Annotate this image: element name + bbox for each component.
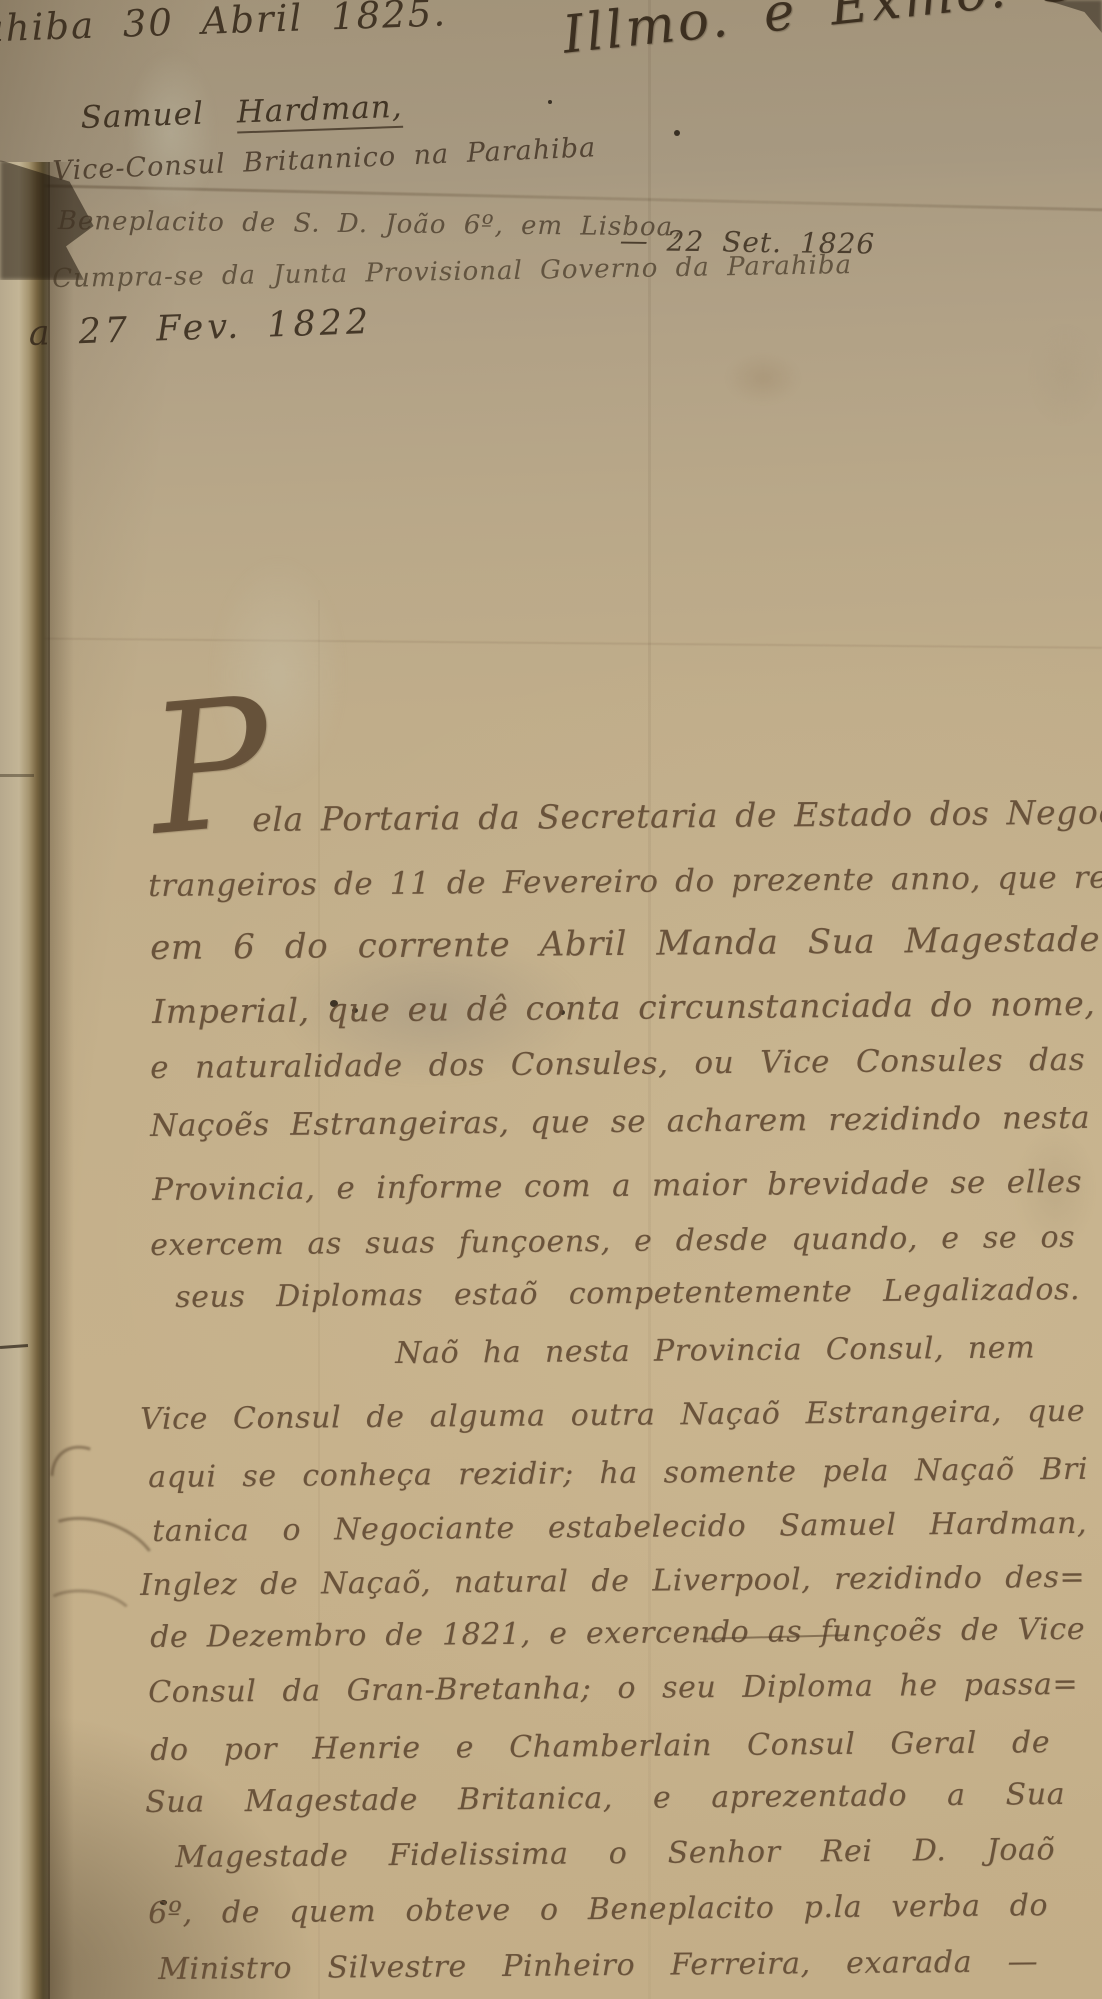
body-line-text: Magestade Fidelissima o Senhor Rei D. Jo… <box>175 1832 1055 1875</box>
body-line-text: em 6 do corrente Abril Manda Sua Magesta… <box>150 920 1100 968</box>
body-line-text: Naõ ha nesta Provincia Consul, nem <box>395 1330 1035 1371</box>
annotation-recipient-title: Vice-Consul Britannico na Parahiba <box>52 132 597 187</box>
adjacent-page-edge <box>0 162 50 1999</box>
manuscript-page: Parahiba 30 Abril 1825. Samuel Hardman, … <box>0 0 1102 1999</box>
gutter-shadow <box>48 162 74 1999</box>
body-line: Sua Magestade Britanica, e aprezentado a… <box>145 1777 1065 1820</box>
ink-speck <box>674 130 680 136</box>
recipient-first-name: Samuel <box>80 96 205 136</box>
body-line: Inglez de Naçaõ, natural de Liverpool, r… <box>140 1560 1085 1603</box>
body-line-text: Imperial, que eu dê conta circunstanciad… <box>152 984 1082 1031</box>
annotation-beneplacito: Beneplacito de S. D. João 6º, em Lisboa, <box>58 206 683 243</box>
body-line: e naturalidade dos Consules, ou Vice Con… <box>150 1042 1085 1086</box>
annotation-cumprase-date: a 27 Fev. 1822 <box>28 302 373 354</box>
body-line: ela Portaria da Secretaria de Estado dos… <box>252 793 1090 839</box>
body-line-text: Inglez de Naçaõ, natural de Liverpool, r… <box>140 1560 1085 1603</box>
horizontal-fold-crease-faint <box>0 637 1102 649</box>
body-line-text: 6º, de quem obteve o Beneplacito p.la ve… <box>148 1888 1048 1931</box>
small-rust-stain <box>726 352 800 404</box>
body-line-text: Sua Magestade Britanica, e aprezentado a… <box>145 1777 1065 1820</box>
right-margin-stain <box>1030 325 1100 425</box>
body-line: seus Diplomas estaõ competentemente Lega… <box>175 1272 1080 1315</box>
body-line: tanica o Negociante estabelecido Samuel … <box>152 1506 1087 1549</box>
body-line-text: exercem as suas funçoens, e desde quando… <box>150 1220 1075 1263</box>
body-line: Provincia, e informe com a maior brevida… <box>152 1164 1082 1208</box>
body-line: Imperial, que eu dê conta circunstanciad… <box>152 984 1082 1031</box>
body-line: exercem as suas funçoens, e desde quando… <box>150 1220 1075 1263</box>
body-line: Vice Consul de alguma outra Naçaõ Estran… <box>140 1394 1085 1437</box>
body-line: 6º, de quem obteve o Beneplacito p.la ve… <box>148 1888 1048 1931</box>
body-line: Ministro Silvestre Pinheiro Ferreira, ex… <box>158 1944 1038 1987</box>
body-line-text: ela Portaria da Secretaria de Estado dos… <box>252 793 1090 839</box>
body-line: trangeiros de 11 de Fevereiro do prezent… <box>148 860 1088 904</box>
body-line: Naõ ha nesta Provincia Consul, nem <box>395 1330 1035 1371</box>
body-line-text: Consul da Gran-Bretanha; o seu Diploma h… <box>148 1667 1078 1710</box>
body-line-text: trangeiros de 11 de Fevereiro do prezent… <box>148 860 1088 904</box>
body-line-text: Naçoẽs Estrangeiras, que se acharem rezi… <box>150 1100 1090 1144</box>
body-line-text: tanica o Negociante estabelecido Samuel … <box>152 1506 1087 1549</box>
body-line-text: Ministro Silvestre Pinheiro Ferreira, ex… <box>158 1944 1038 1987</box>
recipient-last-name: Hardman, <box>236 89 403 134</box>
body-line: Consul da Gran-Bretanha; o seu Diploma h… <box>148 1667 1078 1710</box>
body-line: Naçoẽs Estrangeiras, que se acharem rezi… <box>150 1100 1090 1144</box>
annotation-place-date: Parahiba 30 Abril 1825. <box>0 0 448 53</box>
annotation-cumprase: Cumpra-se da Junta Provisional Governo d… <box>52 250 852 294</box>
body-line: do por Henrie e Chamberlain Consul Geral… <box>150 1725 1050 1768</box>
ink-speck <box>548 100 552 104</box>
body-line: de Dezembro de 1821, e exercendo as funç… <box>150 1612 1085 1655</box>
body-line-text: aqui se conheça rezidir; ha somente pela… <box>148 1452 1088 1495</box>
body-line-text: Provincia, e informe com a maior brevida… <box>152 1164 1082 1208</box>
salutation: Illmo. e Exmo. Senr. <box>560 0 1102 66</box>
body-line-text: seus Diplomas estaõ competentemente Lega… <box>175 1272 1080 1315</box>
body-line: em 6 do corrente Abril Manda Sua Magesta… <box>150 920 1100 968</box>
body-line: Magestade Fidelissima o Senhor Rei D. Jo… <box>175 1832 1055 1875</box>
body-line-text: e naturalidade dos Consules, ou Vice Con… <box>150 1042 1085 1086</box>
annotation-recipient-name: Samuel Hardman, <box>80 89 403 136</box>
body-line-text: de Dezembro de 1821, e exercendo as funç… <box>150 1612 1085 1655</box>
body-line-text: do por Henrie e Chamberlain Consul Geral… <box>150 1725 1050 1768</box>
body-line: aqui se conheça rezidir; ha somente pela… <box>148 1452 1088 1495</box>
body-line-text: Vice Consul de alguma outra Naçaõ Estran… <box>140 1394 1085 1437</box>
